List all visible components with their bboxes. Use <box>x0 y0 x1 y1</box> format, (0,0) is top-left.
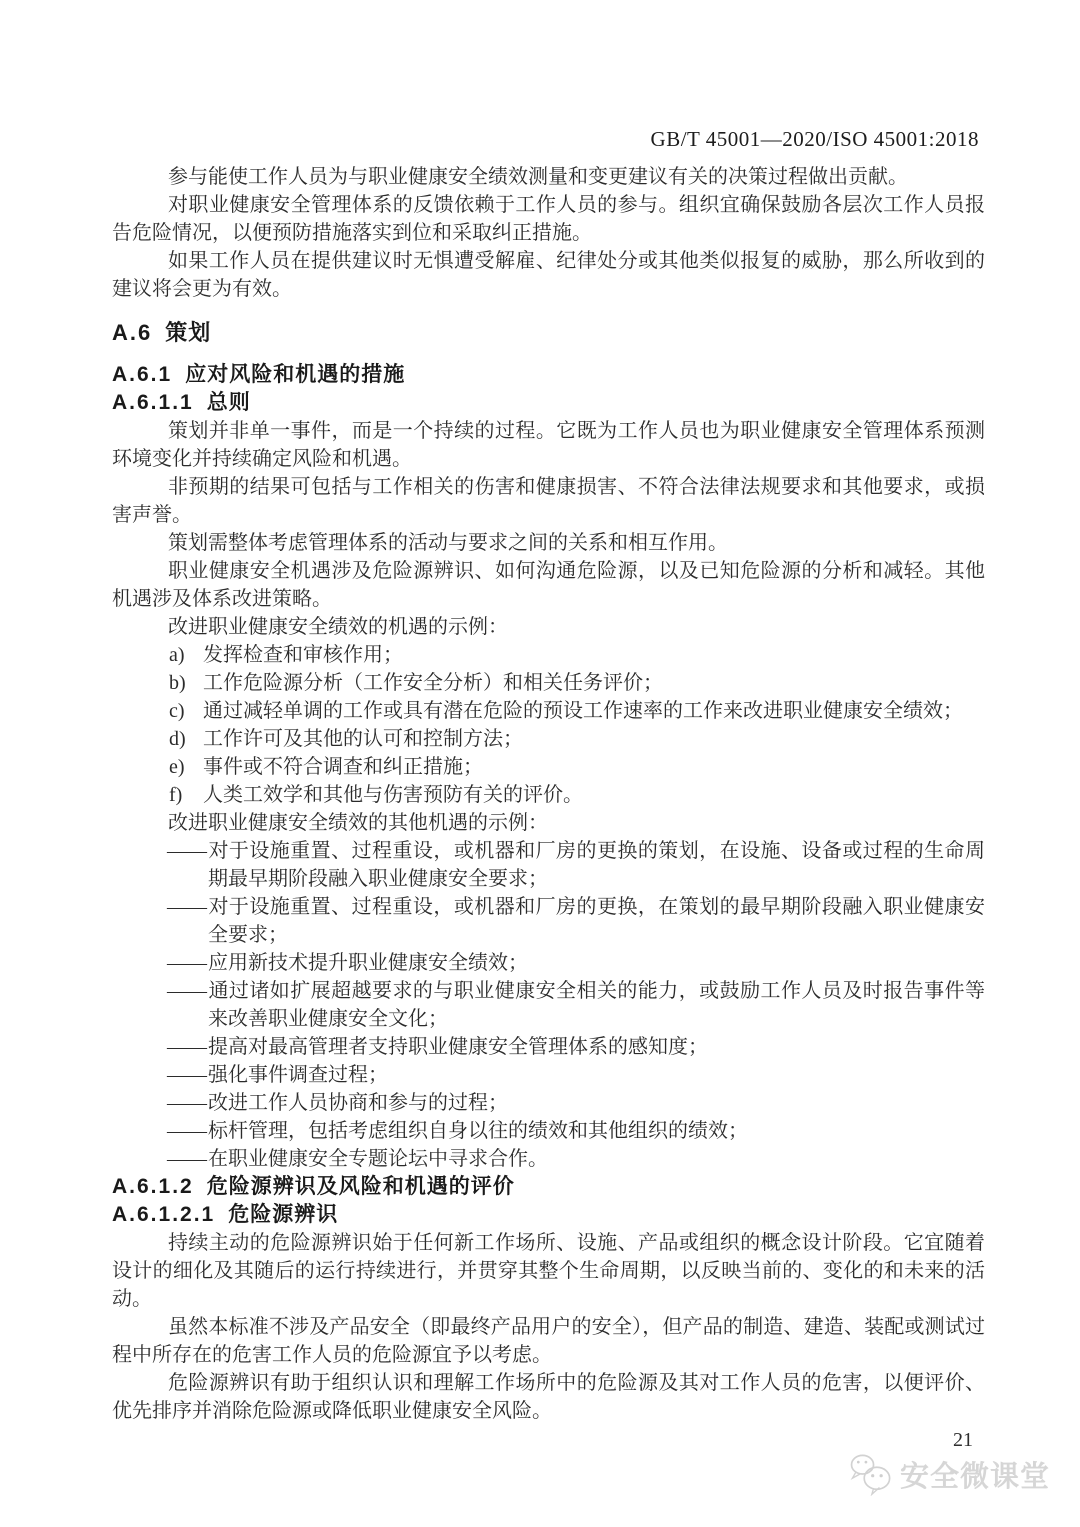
dash-text: 提高对最高管理者支持职业健康安全管理体系的感知度； <box>208 1036 708 1058</box>
paragraph: 如果工作人员在提供建议时无惧遭受解雇、纪律处分或其他类似报复的威胁，那么所收到的… <box>112 247 985 303</box>
dash-text: 改进工作人员协商和参与的过程； <box>208 1092 508 1114</box>
dash-marker: —— <box>167 1117 208 1145</box>
paragraph: 改进职业健康安全绩效的机遇的示例： <box>112 613 985 641</box>
lettered-list-item: e)事件或不符合调查和纠正措施； <box>112 753 985 781</box>
paragraph: 职业健康安全机遇涉及危险源辨识、如何沟通危险源，以及已知危险源的分析和减轻。其他… <box>112 557 985 613</box>
paragraph: 改进职业健康安全绩效的其他机遇的示例： <box>112 809 985 837</box>
dash-list-item: ——对于设施重置、过程重设，或机器和厂房的更换，在策划的最早期阶段融入职业健康安… <box>112 893 985 949</box>
dash-text: 标杆管理，包括考虑组织自身以往的绩效和其他组织的绩效； <box>208 1120 748 1142</box>
dash-list-item: ——改进工作人员协商和参与的过程； <box>112 1089 985 1117</box>
paragraph: 虽然本标准不涉及产品安全（即最终产品用户的安全），但产品的制造、建造、装配或测试… <box>112 1313 985 1369</box>
dash-marker: —— <box>167 1089 208 1117</box>
section-number: A.6.1.2.1 <box>112 1203 215 1226</box>
list-marker: e) <box>169 753 203 781</box>
dash-text: 强化事件调查过程； <box>208 1064 388 1086</box>
dash-marker: —— <box>167 1033 208 1061</box>
list-text: 事件或不符合调查和纠正措施； <box>203 756 483 778</box>
section-title: 危险源辨识及风险和机遇的评价 <box>207 1175 515 1198</box>
section-heading: A.6策划 <box>112 319 985 347</box>
dash-marker: —— <box>167 1145 208 1173</box>
document-body: 参与能使工作人员为与职业健康安全绩效测量和变更建议有关的决策过程做出贡献。对职业… <box>112 163 985 1425</box>
list-text: 工作许可及其他的认可和控制方法； <box>203 728 523 750</box>
section-number: A.6.1.1 <box>112 391 194 414</box>
section-heading: A.6.1.2.1危险源辨识 <box>112 1201 985 1229</box>
dash-text: 通过诸如扩展超越要求的与职业健康安全相关的能力，或鼓励工作人员及时报告事件等来改… <box>208 980 985 1030</box>
list-marker: b) <box>169 669 203 697</box>
list-marker: f) <box>169 781 203 809</box>
lettered-list-item: f)人类工效学和其他与伤害预防有关的评价。 <box>112 781 985 809</box>
lettered-list-item: b)工作危险源分析（工作安全分析）和相关任务评价； <box>112 669 985 697</box>
section-number: A.6.1.2 <box>112 1175 194 1198</box>
dash-marker: —— <box>167 893 208 921</box>
dash-list-item: ——对于设施重置、过程重设，或机器和厂房的更换的策划，在设施、设备或过程的生命周… <box>112 837 985 893</box>
paragraph: 参与能使工作人员为与职业健康安全绩效测量和变更建议有关的决策过程做出贡献。 <box>112 163 985 191</box>
dash-marker: —— <box>167 837 208 865</box>
paragraph: 对职业健康安全管理体系的反馈依赖于工作人员的参与。组织宜确保鼓励各层次工作人员报… <box>112 191 985 247</box>
list-text: 工作危险源分析（工作安全分析）和相关任务评价； <box>203 672 663 694</box>
dash-list-item: ——强化事件调查过程； <box>112 1061 985 1089</box>
dash-marker: —— <box>167 1061 208 1089</box>
document-standard-header: GB/T 45001—2020/ISO 45001:2018 <box>651 127 979 152</box>
watermark-text: 安全微课堂 <box>900 1454 1050 1495</box>
section-title: 总则 <box>207 391 251 414</box>
section-title: 策划 <box>165 320 211 345</box>
lettered-list-item: a)发挥检查和审核作用； <box>112 641 985 669</box>
section-number: A.6 <box>112 320 152 345</box>
dash-list-item: ——应用新技术提升职业健康安全绩效； <box>112 949 985 977</box>
section-title: 应对风险和机遇的措施 <box>185 363 405 386</box>
dash-list-item: ——提高对最高管理者支持职业健康安全管理体系的感知度； <box>112 1033 985 1061</box>
dash-list-item: ——通过诸如扩展超越要求的与职业健康安全相关的能力，或鼓励工作人员及时报告事件等… <box>112 977 985 1033</box>
document-page: GB/T 45001—2020/ISO 45001:2018 参与能使工作人员为… <box>0 0 1080 1527</box>
paragraph: 策划并非单一事件，而是一个持续的过程。它既为工作人员也为职业健康安全管理体系预测… <box>112 417 985 473</box>
list-text: 通过减轻单调的工作或具有潜在危险的预设工作速率的工作来改进职业健康安全绩效； <box>203 700 963 722</box>
dash-marker: —— <box>167 977 208 1005</box>
section-heading: A.6.1.2危险源辨识及风险和机遇的评价 <box>112 1173 985 1201</box>
dash-text: 应用新技术提升职业健康安全绩效； <box>208 952 528 974</box>
dash-list-item: ——在职业健康安全专题论坛中寻求合作。 <box>112 1145 985 1173</box>
wechat-logo-icon <box>849 1452 893 1496</box>
dash-text: 对于设施重置、过程重设，或机器和厂房的更换，在策划的最早期阶段融入职业健康安全要… <box>208 896 985 946</box>
page-number: 21 <box>953 1429 973 1452</box>
list-text: 发挥检查和审核作用； <box>203 644 403 666</box>
paragraph: 策划需整体考虑管理体系的活动与要求之间的关系和相互作用。 <box>112 529 985 557</box>
dash-marker: —— <box>167 949 208 977</box>
paragraph: 持续主动的危险源辨识始于任何新工作场所、设施、产品或组织的概念设计阶段。它宜随着… <box>112 1229 985 1313</box>
list-marker: c) <box>169 697 203 725</box>
paragraph: 危险源辨识有助于组织认识和理解工作场所中的危险源及其对工作人员的危害，以便评价、… <box>112 1369 985 1425</box>
dash-text: 对于设施重置、过程重设，或机器和厂房的更换的策划，在设施、设备或过程的生命周期最… <box>208 840 985 890</box>
list-marker: a) <box>169 641 203 669</box>
section-heading: A.6.1应对风险和机遇的措施 <box>112 361 985 389</box>
dash-text: 在职业健康安全专题论坛中寻求合作。 <box>208 1148 548 1170</box>
lettered-list-item: d)工作许可及其他的认可和控制方法； <box>112 725 985 753</box>
paragraph: 非预期的结果可包括与工作相关的伤害和健康损害、不符合法律法规要求和其他要求，或损… <box>112 473 985 529</box>
watermark: 安全微课堂 <box>849 1452 1050 1496</box>
section-number: A.6.1 <box>112 363 172 386</box>
lettered-list-item: c)通过减轻单调的工作或具有潜在危险的预设工作速率的工作来改进职业健康安全绩效； <box>112 697 985 725</box>
list-marker: d) <box>169 725 203 753</box>
dash-list-item: ——标杆管理，包括考虑组织自身以往的绩效和其他组织的绩效； <box>112 1117 985 1145</box>
section-title: 危险源辨识 <box>228 1203 338 1226</box>
list-text: 人类工效学和其他与伤害预防有关的评价。 <box>203 784 583 806</box>
section-heading: A.6.1.1总则 <box>112 389 985 417</box>
